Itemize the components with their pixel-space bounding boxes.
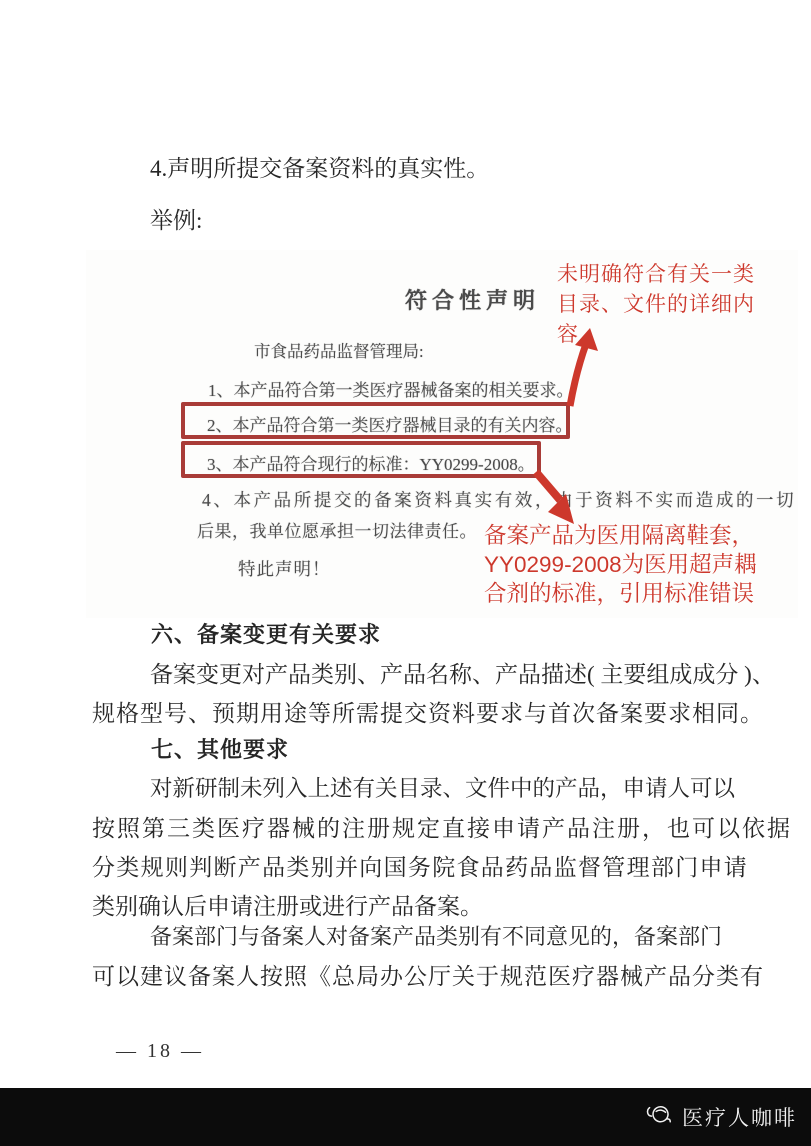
error-arrow-up-icon [556,328,602,408]
annotation-bottom-note-line-2: YY0299-2008为医用超声耦 [484,547,757,579]
example-label: 举例: [150,202,202,235]
declaration-closing: 特此声明！ [238,556,331,581]
coffee-cup-icon [644,1102,674,1132]
annotation-bottom-note-line-3: 合剂的标准，引用标准错误 [484,576,754,608]
body-line: 备案变更对产品类别、产品名称、产品描述( 主要组成成分 )、 [150,656,775,689]
annotation-top-note-line-2: 目录、文件的详细内 [557,288,755,318]
page-number: — 18 — [116,1040,204,1063]
declaration-item-3: 3、本产品符合现行的标准：YY0299-2008。 [207,450,535,475]
section-heading-6: 六、备案变更有关要求 [151,618,381,649]
body-line: 对新研制未列入上述有关目录、文件中的产品，申请人可以 [150,771,735,803]
declaration-item-4-line-2: 后果，我单位愿承担一切法律责任。 [197,517,477,542]
body-line: 按照第三类医疗器械的注册规定直接申请产品注册，也可以依据 [92,810,792,843]
body-line: 可以建议备案人按照《总局办公厅关于规范医疗器械产品分类有 [92,958,764,991]
declaration-salutation: 市食品药品监督管理局: [254,338,424,362]
brand-name: 医疗人咖啡 [682,1102,797,1132]
document-page: 4.声明所提交备案资料的真实性。 举例: 符合性声明 市食品药品监督管理局: 1… [0,0,811,1146]
declaration-title: 符合性声明 [405,284,540,315]
declaration-item-4-line-1: 4、本产品所提交的备案资料真实有效，由于资料不实而造成的一切 [202,487,796,512]
declaration-item-2: 2、本产品符合第一类医疗器械目录的有关内容。 [207,411,573,436]
intro-line: 4.声明所提交备案资料的真实性。 [150,150,489,183]
annotation-bottom-note-line-1: 备案产品为医用隔离鞋套， [484,518,754,550]
body-line: 类别确认后申请注册或进行产品备案。 [92,888,483,921]
section-heading-7: 七、其他要求 [151,733,289,764]
body-line: 备案部门与备案人对备案产品类别有不同意见的，备案部门 [150,920,722,951]
body-line: 分类规则判断产品类别并向国务院食品药品监督管理部门申请 [92,849,748,882]
footer-bar: 医疗人咖啡 [0,1088,811,1146]
annotation-top-note-line-1: 未明确符合有关一类 [557,258,755,288]
declaration-item-1: 1、本产品符合第一类医疗器械备案的相关要求。 [208,376,574,401]
body-line: 规格型号、预期用途等所需提交资料要求与首次备案要求相同。 [92,695,764,728]
